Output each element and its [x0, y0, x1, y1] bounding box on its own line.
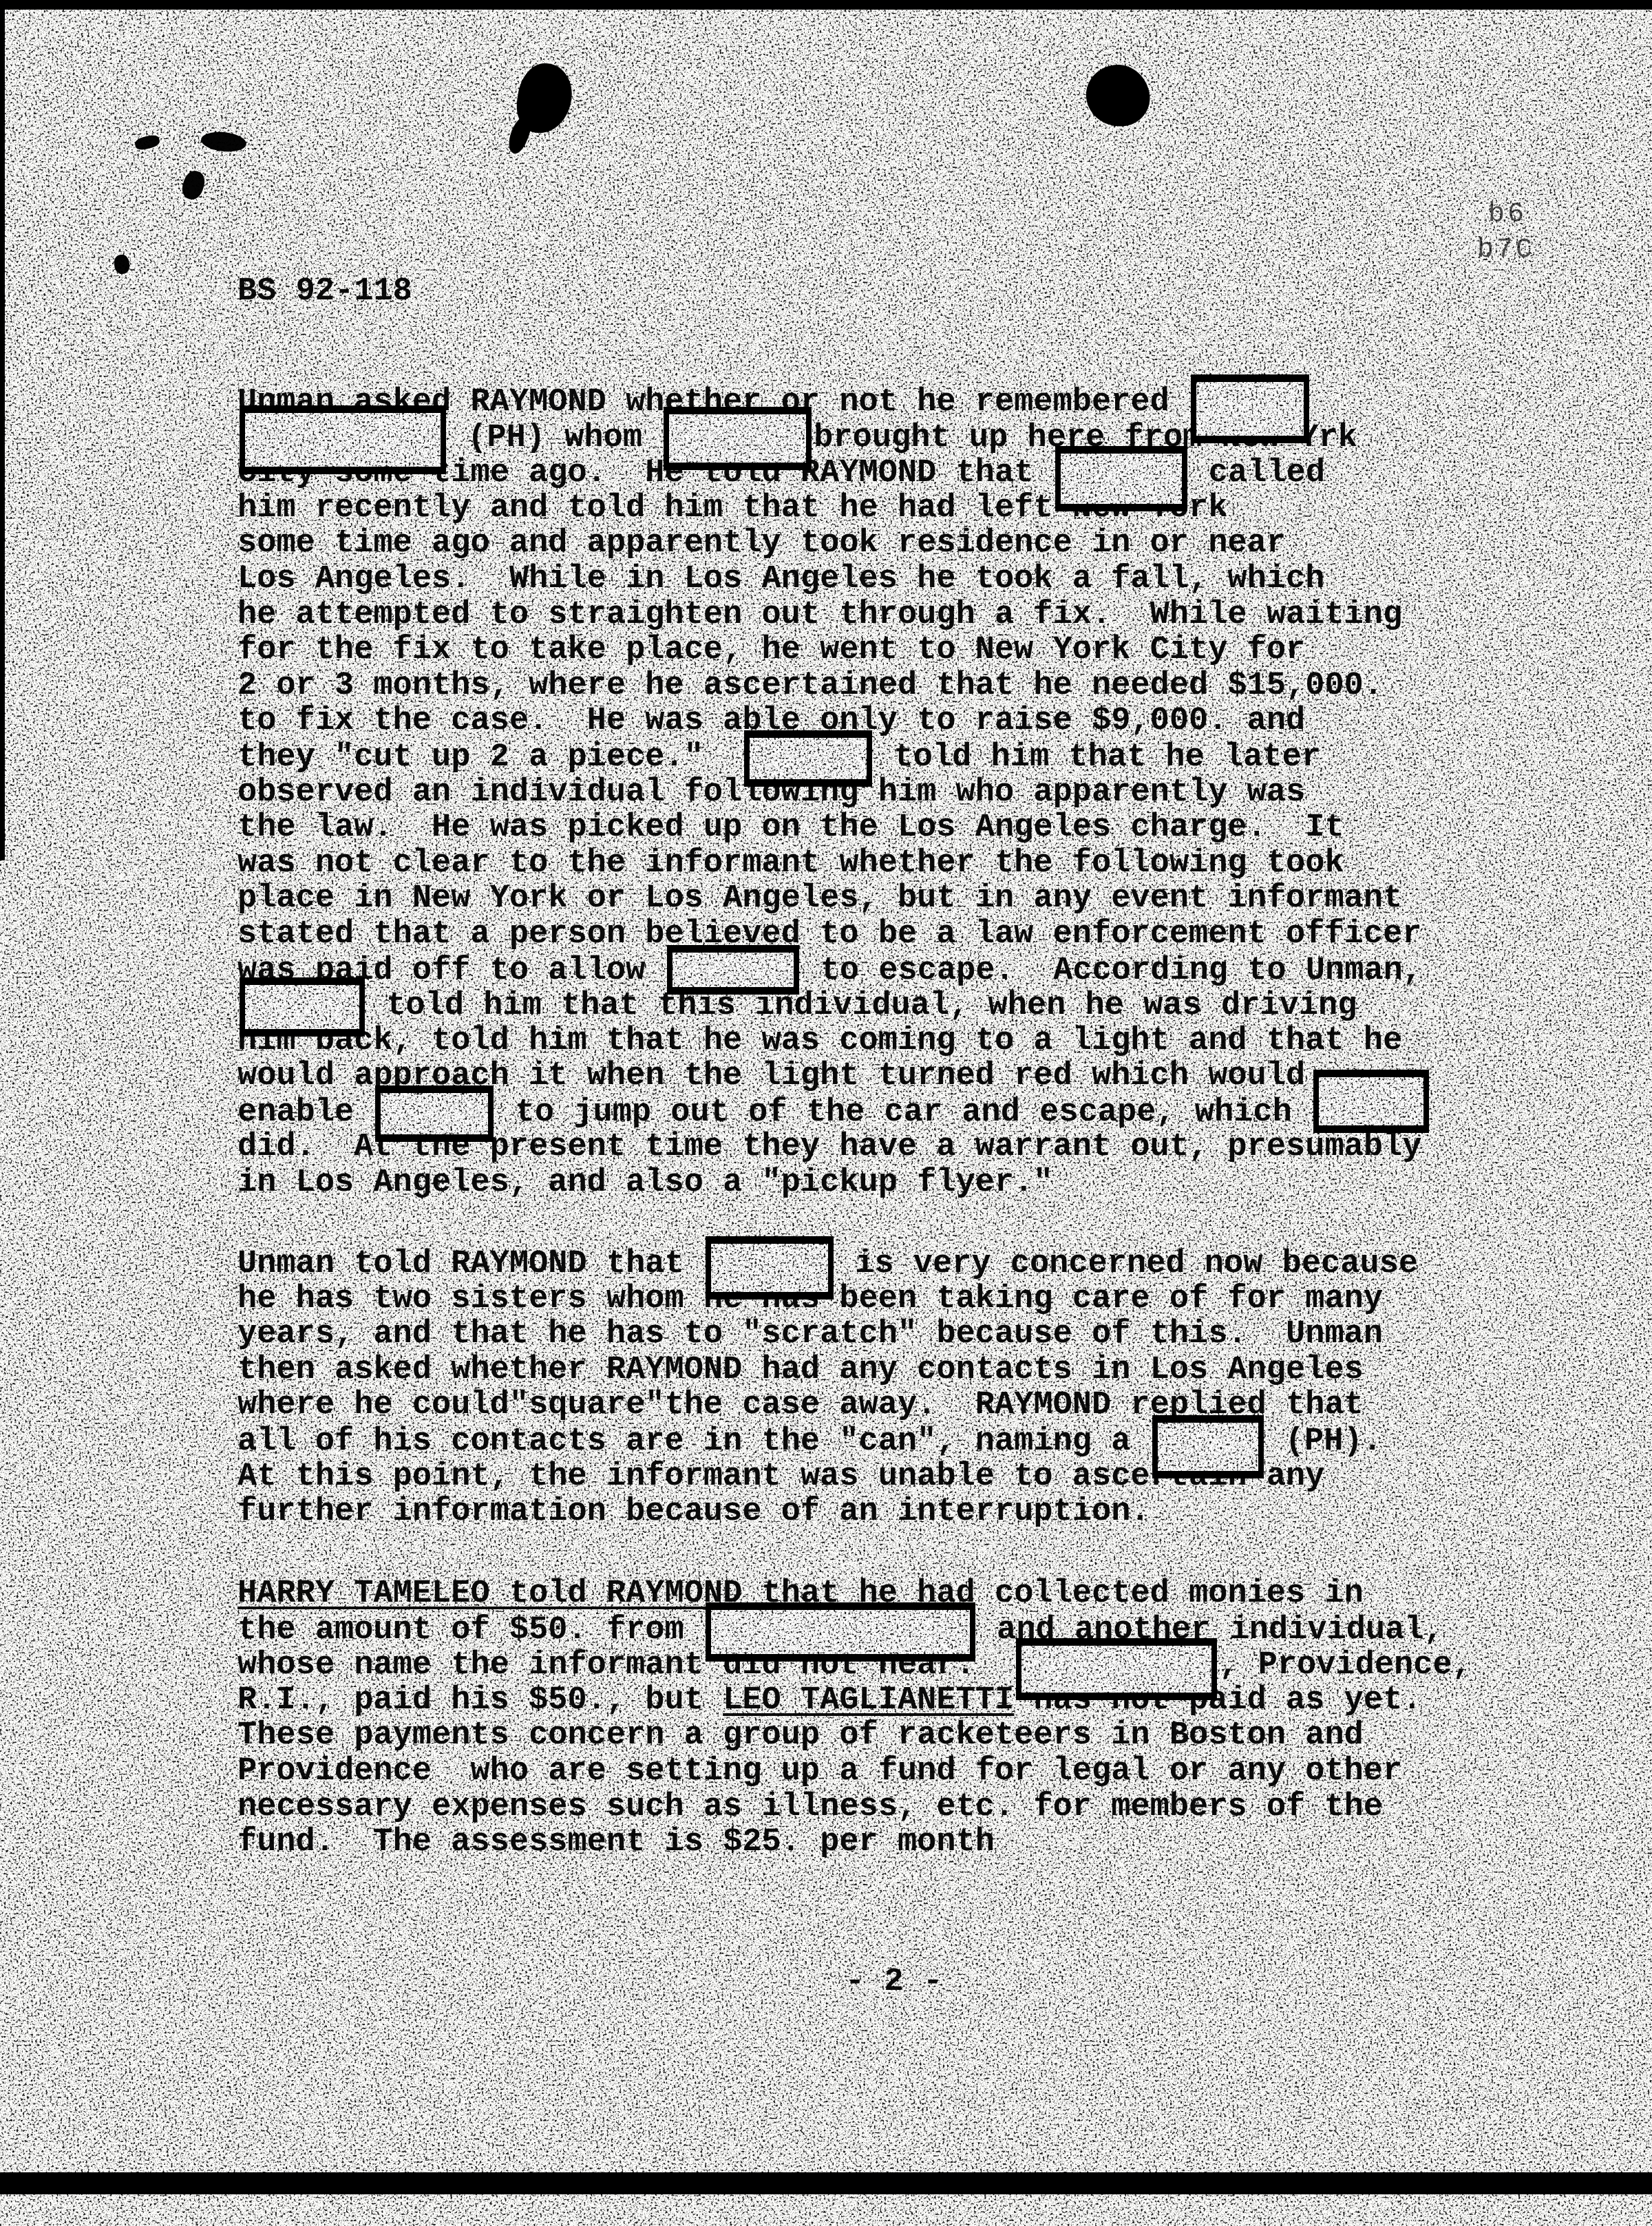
page-number: - 2 - — [845, 1964, 942, 2000]
text-line: necessary expenses such as illness, etc.… — [237, 1790, 1472, 1825]
text-line: the law. He was picked up on the Los Ang… — [237, 810, 1431, 846]
text-run: fund. The assessment is $25. per month — [237, 1824, 995, 1861]
text-run: place in New York or Los Angeles, but in… — [237, 880, 1402, 917]
text-line: years, and that he has to "scratch" beca… — [237, 1317, 1418, 1353]
text-run: enable — [237, 1094, 373, 1131]
text-run: he attempted to straighten out through a… — [237, 597, 1402, 633]
case-number: BS 92-118 — [237, 274, 412, 310]
text-run: stated that a person believed to be a la… — [237, 916, 1421, 953]
text-line: they "cut up 2 a piece." told him that h… — [237, 739, 1431, 775]
text-run: is very concerned now because — [836, 1246, 1418, 1282]
text-run: further information because of an interr… — [237, 1494, 1150, 1530]
scan-edge-left — [0, 0, 5, 860]
text-run: Unman told RAYMOND that — [237, 1246, 703, 1282]
redaction-box — [1191, 374, 1309, 443]
text-line: 2 or 3 months, where he ascertained that… — [237, 668, 1431, 704]
redaction-box — [240, 977, 365, 1037]
redaction-box — [706, 1602, 975, 1662]
text-run: for the fix to take place, he went to Ne… — [237, 632, 1305, 668]
redaction-box — [1152, 1415, 1264, 1478]
text-run: 2 or 3 months, where he ascertained that… — [237, 668, 1383, 704]
text-line: R.I., paid his $50., but LEO TAGLIANETTI… — [237, 1683, 1472, 1719]
scan-edge-top — [0, 0, 1652, 10]
text-line: him recently and told him that he had le… — [237, 491, 1431, 527]
classification-b6: b6 — [1488, 197, 1535, 233]
text-run: to jump out of the car and escape, which — [496, 1094, 1311, 1131]
text-run: was not clear to the informant whether t… — [237, 845, 1344, 882]
text-line: in Los Angeles, and also a "pickup flyer… — [237, 1165, 1431, 1201]
text-line: stated that a person believed to be a la… — [237, 917, 1431, 953]
classification-marks: b6 b7C — [1477, 197, 1535, 268]
text-run: told him that he later — [874, 739, 1321, 776]
text-line: was paid off to allow to escape. Accordi… — [237, 953, 1431, 988]
text-run: called — [1189, 455, 1325, 491]
text-line: enable to jump out of the car and escape… — [237, 1094, 1431, 1130]
text-run: , Providence, — [1219, 1647, 1472, 1684]
text-line: then asked whether RAYMOND had any conta… — [237, 1353, 1418, 1388]
text-line: some time ago and apparently took reside… — [237, 526, 1431, 562]
text-line: These payments concern a group of racket… — [237, 1718, 1472, 1754]
scan-edge-bottom — [0, 2172, 1652, 2194]
text-line: was not clear to the informant whether t… — [237, 846, 1431, 882]
text-run: Providence who are setting up a fund for… — [237, 1753, 1402, 1790]
smudge-mark — [179, 168, 208, 202]
text-run: him back, told him that he was coming to… — [237, 1023, 1402, 1059]
text-run: told him that this individual, when he w… — [367, 988, 1357, 1024]
smudge-mark — [134, 134, 160, 151]
text-line: Los Angeles. While in Los Angeles he too… — [237, 562, 1431, 597]
text-line: all of his contacts are in the "can", na… — [237, 1423, 1418, 1459]
redaction-box — [667, 945, 799, 995]
text-run: R.I., paid his $50., but — [237, 1682, 723, 1719]
paragraph: Unman asked RAYMOND whether or not he re… — [237, 384, 1431, 1201]
ink-blob — [1083, 61, 1153, 131]
text-run: in Los Angeles, and also a "pickup flyer… — [237, 1165, 1053, 1201]
text-line: further information because of an interr… — [237, 1494, 1418, 1530]
text-run: to escape. According to Unman, — [801, 953, 1423, 989]
text-line: fund. The assessment is $25. per month — [237, 1825, 1472, 1861]
text-run: all of his contacts are in the "can", na… — [237, 1423, 1150, 1460]
text-line: the amount of $50. from and another indi… — [237, 1612, 1472, 1648]
text-run: necessary expenses such as illness, etc.… — [237, 1789, 1383, 1825]
redaction-box — [744, 730, 872, 787]
paragraph: HARRY TAMELEO told RAYMOND that he had c… — [237, 1576, 1472, 1861]
smudge-mark — [200, 130, 248, 154]
text-line: Providence who are setting up a fund for… — [237, 1754, 1472, 1790]
smudge-mark — [113, 254, 131, 275]
document-page: b6 b7C BS 92-118 Unman asked RAYMOND whe… — [0, 0, 1652, 2226]
redaction-box — [375, 1085, 494, 1142]
text-run: (PH) whom — [448, 420, 661, 456]
text-line: place in New York or Los Angeles, but in… — [237, 881, 1431, 917]
text-line: told him that this individual, when he w… — [237, 988, 1431, 1024]
redaction-box — [1016, 1638, 1217, 1700]
redaction-box — [664, 407, 812, 470]
text-run: they "cut up 2 a piece." — [237, 739, 742, 776]
redaction-box — [1055, 446, 1187, 511]
redaction-box — [706, 1236, 834, 1300]
text-run: LEO TAGLIANETTI — [723, 1682, 1014, 1719]
text-run: HARRY TAMELEO told RAYMOND — [237, 1576, 742, 1612]
text-line: for the fix to take place, he went to Ne… — [237, 633, 1431, 668]
text-run: Los Angeles. While in Los Angeles he too… — [237, 561, 1324, 597]
text-run: then asked whether RAYMOND had any conta… — [237, 1352, 1364, 1388]
text-run: some time ago and apparently took reside… — [237, 525, 1286, 562]
text-run: the law. He was picked up on the Los Ang… — [237, 809, 1344, 846]
redaction-box — [240, 405, 446, 474]
classification-b7c: b7C — [1477, 233, 1535, 268]
text-line: him back, told him that he was coming to… — [237, 1024, 1431, 1059]
text-run: (PH). — [1266, 1423, 1382, 1460]
text-run: years, and that he has to "scratch" beca… — [237, 1316, 1383, 1353]
text-line: he attempted to straighten out through a… — [237, 597, 1431, 633]
text-run: the amount of $50. from — [237, 1612, 703, 1649]
text-run: These payments concern a group of racket… — [237, 1717, 1364, 1754]
text-line: Unman told RAYMOND that is very concerne… — [237, 1246, 1418, 1282]
paragraph: Unman told RAYMOND that is very concerne… — [237, 1246, 1418, 1530]
redaction-box — [1313, 1070, 1429, 1133]
